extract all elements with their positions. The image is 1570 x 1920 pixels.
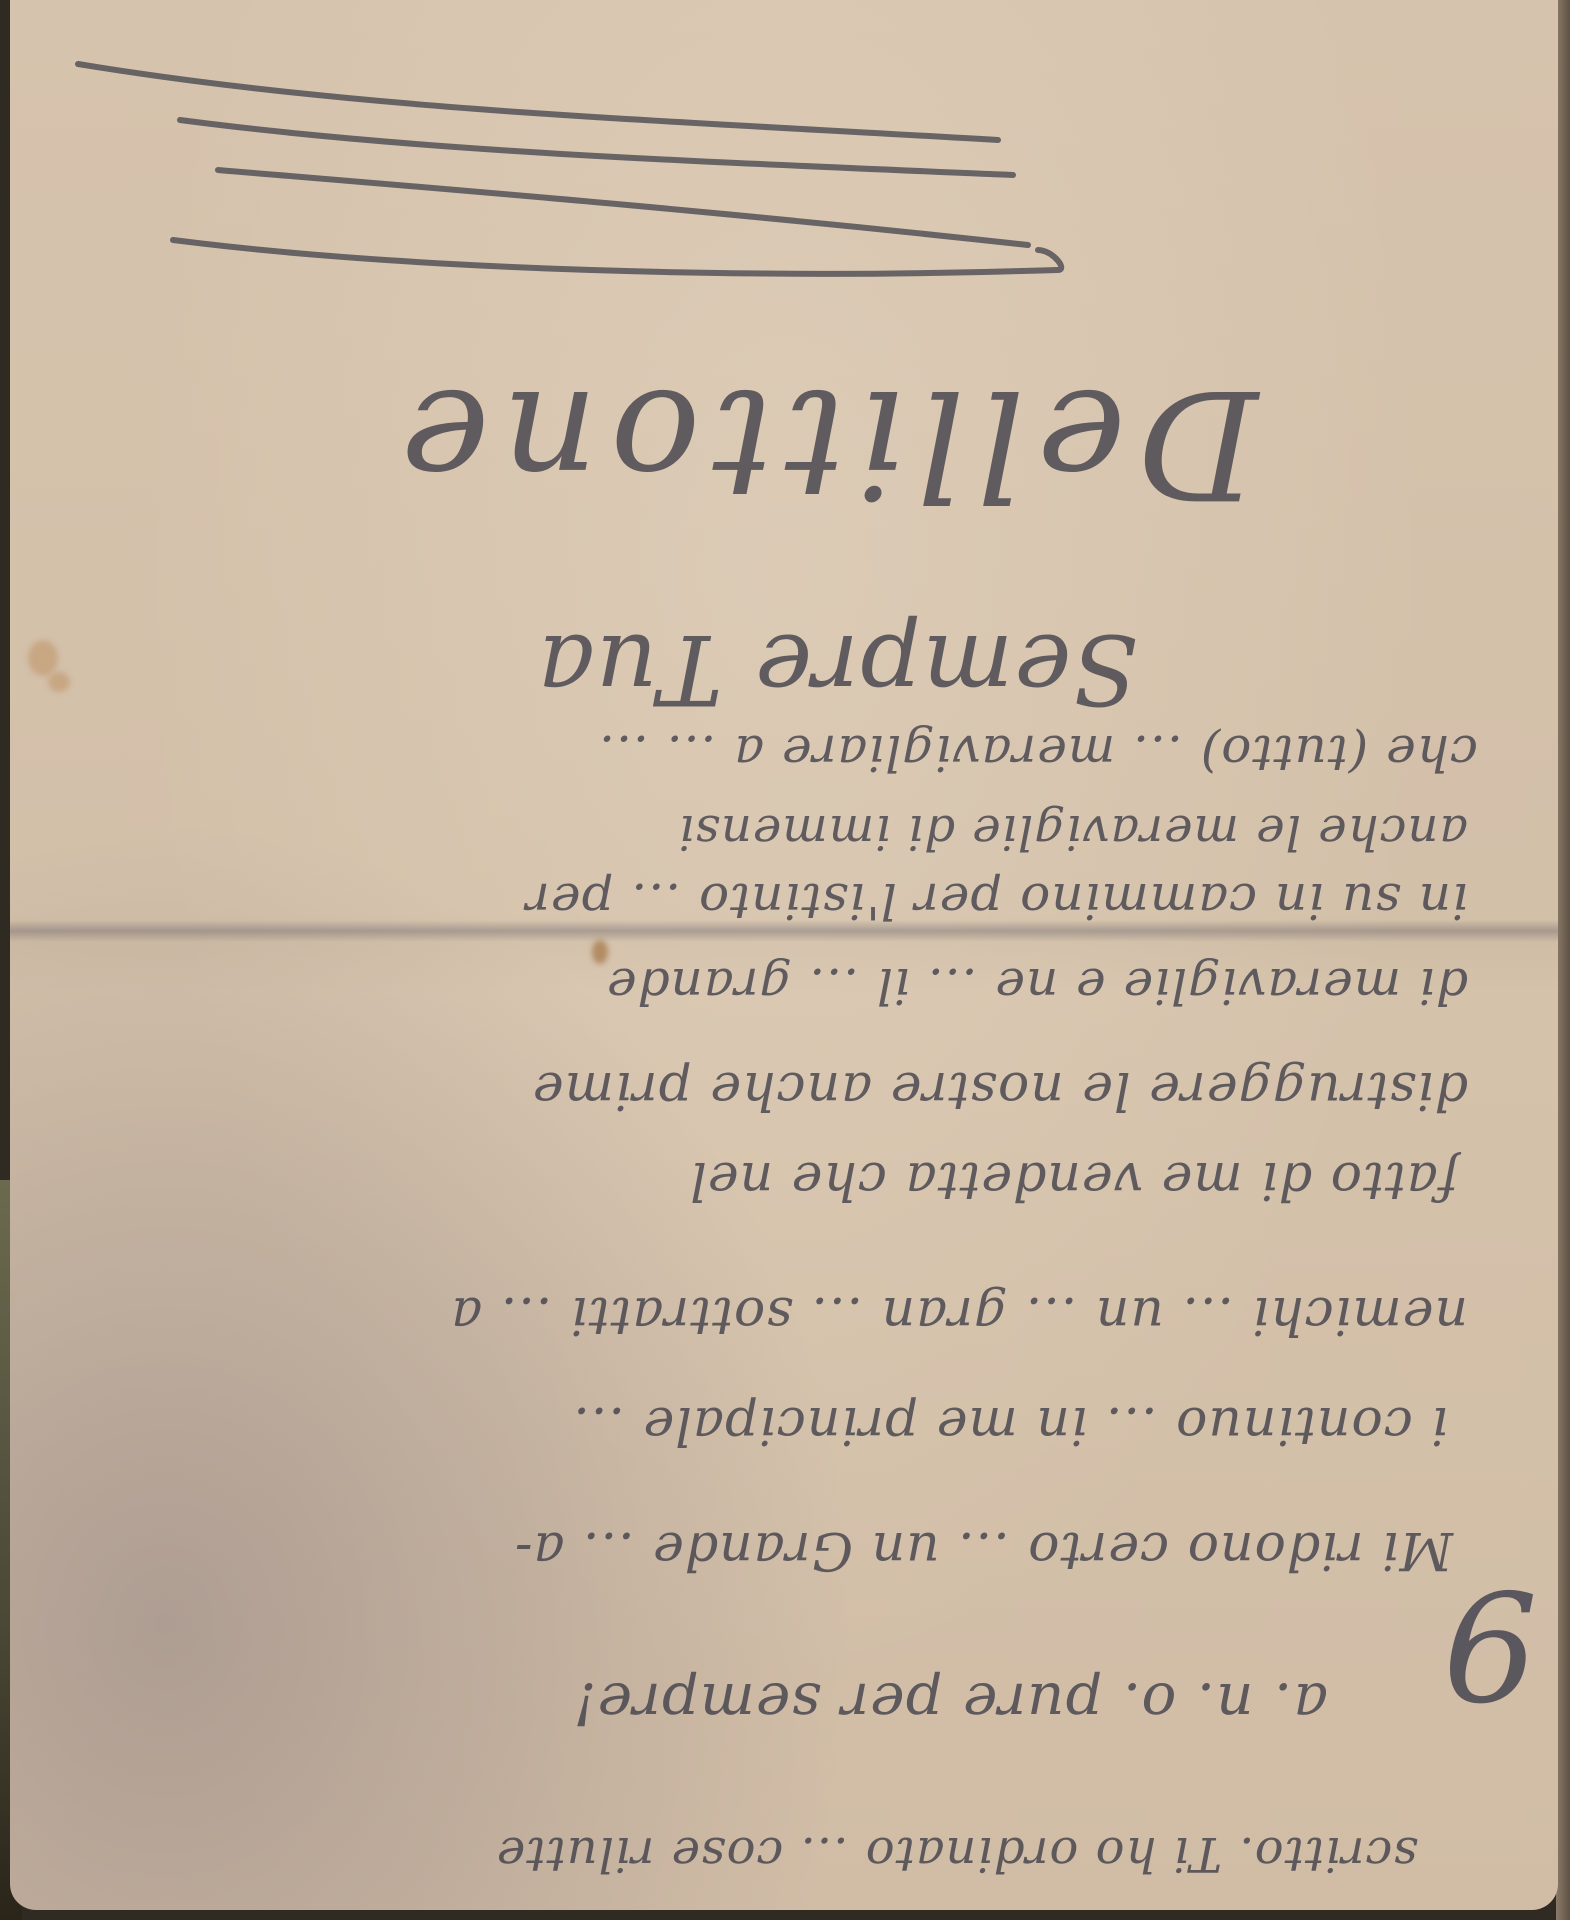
pencil-strokes-icon (10, 0, 1558, 1910)
letter-content-rotated: scritto. Ti ho ordinato ... cose rilutte… (10, 0, 1558, 1910)
desk-edge-right (1556, 0, 1570, 1920)
page-number: 9 (1443, 1556, 1538, 1730)
